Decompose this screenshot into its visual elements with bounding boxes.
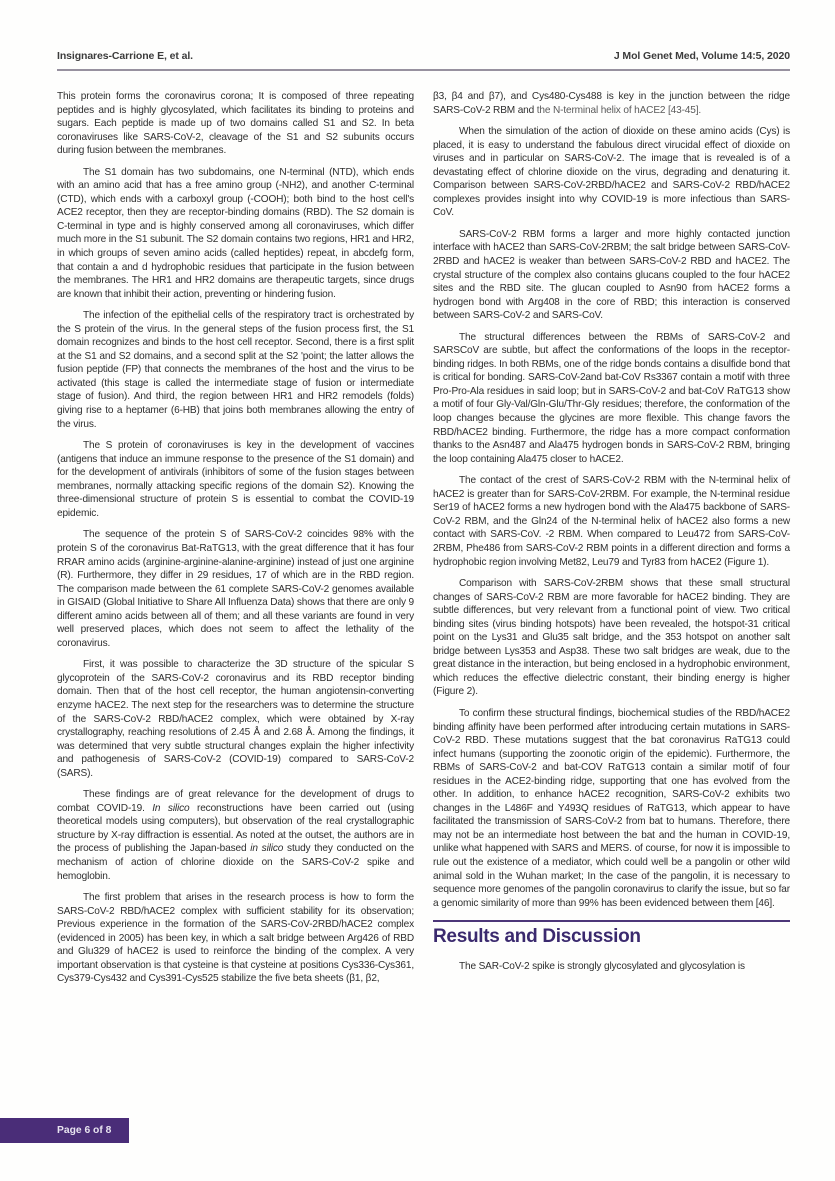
- paragraph: Comparison with SARS-CoV-2RBM shows that…: [433, 577, 790, 699]
- paragraph: When the simulation of the action of dio…: [433, 125, 790, 220]
- paragraph: The S protein of coronaviruses is key in…: [57, 439, 414, 520]
- italic-term: in silico: [250, 843, 283, 854]
- right-column: β3, β4 and β7), and Cys480-Cys488 is key…: [433, 90, 790, 994]
- journal-page: Insignares-Carrione E, et al. J Mol Gene…: [0, 0, 835, 1181]
- italic-term: In silico: [152, 803, 189, 814]
- section-heading-results-and-discussion: Results and Discussion: [433, 930, 790, 944]
- section-divider-rule: [433, 920, 790, 922]
- paragraph-in-silico: These findings are of great relevance fo…: [57, 788, 414, 883]
- paragraph-continuation: β3, β4 and β7), and Cys480-Cys488 is key…: [433, 90, 790, 117]
- paragraph: This protein forms the coronavirus coron…: [57, 90, 414, 158]
- header-rule: [57, 69, 790, 71]
- paragraph: The sequence of the protein S of SARS-Co…: [57, 528, 414, 650]
- header-author: Insignares-Carrione E, et al.: [57, 50, 193, 62]
- paragraph: The S1 domain has two subdomains, one N-…: [57, 166, 414, 301]
- paragraph: The structural differences between the R…: [433, 331, 790, 466]
- paragraph: The SAR-CoV-2 spike is strongly glycosyl…: [433, 960, 790, 974]
- paragraph: SARS-CoV-2 RBM forms a larger and more h…: [433, 228, 790, 323]
- paragraph: First, it was possible to characterize t…: [57, 658, 414, 780]
- page-content: Insignares-Carrione E, et al. J Mol Gene…: [57, 50, 790, 994]
- paragraph: The infection of the epithelial cells of…: [57, 309, 414, 431]
- left-column: This protein forms the coronavirus coron…: [57, 90, 414, 994]
- paragraph: The first problem that arises in the res…: [57, 891, 414, 986]
- page-number-label: Page 6 of 8: [57, 1125, 111, 1136]
- paragraph: The contact of the crest of SARS-CoV-2 R…: [433, 474, 790, 569]
- running-header: Insignares-Carrione E, et al. J Mol Gene…: [57, 50, 790, 62]
- paragraph-text-light: the N-terminal helix of hACE2 [43-45].: [537, 105, 701, 116]
- two-column-body: This protein forms the coronavirus coron…: [57, 90, 790, 994]
- page-number-badge: Page 6 of 8: [0, 1118, 129, 1143]
- header-journal-citation: J Mol Genet Med, Volume 14:5, 2020: [614, 50, 790, 62]
- paragraph: To confirm these structural findings, bi…: [433, 707, 790, 910]
